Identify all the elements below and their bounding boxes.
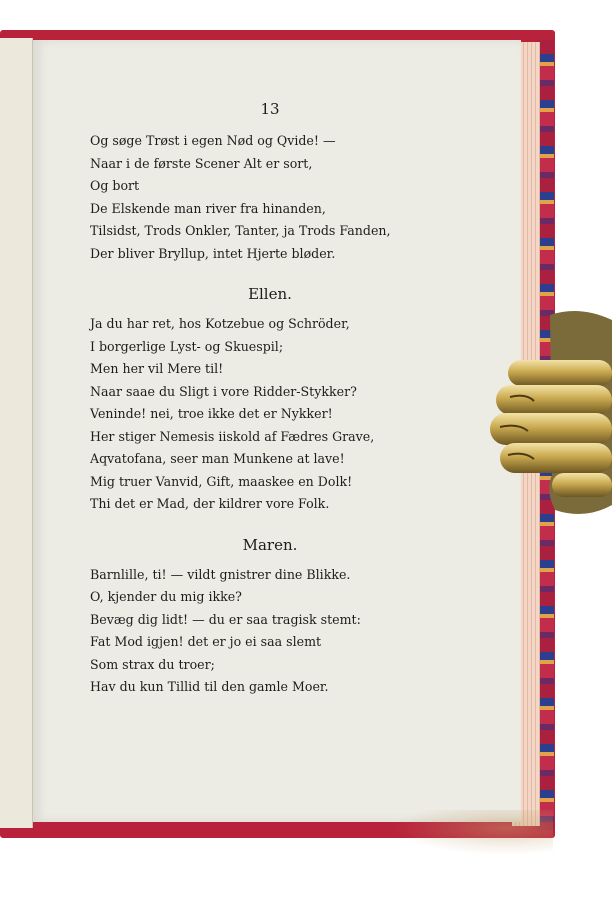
stanza-1: Og søge Trøst i egen Nød og Qvide! — Naa… xyxy=(90,130,450,265)
verse-line: I borgerlige Lyst- og Skuespil; xyxy=(90,336,450,359)
verse-line: Mig truer Vanvid, Gift, maaskee en Dolk! xyxy=(90,471,450,494)
verse-line: Her stiger Nemesis iiskold af Fædres Gra… xyxy=(90,426,450,449)
verse-line: Naar saae du Sligt i vore Ridder-Stykker… xyxy=(90,381,450,404)
speaker-heading: Maren. xyxy=(90,532,450,558)
verse-line: Og bort xyxy=(90,175,450,198)
water-stain xyxy=(393,810,553,855)
verse-line: Men her vil Mere til! xyxy=(90,358,450,381)
verse-line: Fat Mod igjen! det er jo ei saa slemt xyxy=(90,631,450,654)
verse-line: Barnlille, ti! — vildt gnistrer dine Bli… xyxy=(90,564,450,587)
verse-line: Hav du kun Tillid til den gamle Moer. xyxy=(90,676,450,699)
verse-line: Som strax du troer; xyxy=(90,654,450,677)
verse-line: Naar i de første Scener Alt er sort, xyxy=(90,153,450,176)
speaker-heading: Ellen. xyxy=(90,281,450,307)
verse-line: Veninde! nei, troe ikke det er Nykker! xyxy=(90,403,450,426)
verse-line: Bevæg dig lidt! — du er saa tragisk stem… xyxy=(90,609,450,632)
verse-line: O, kjender du mig ikke? xyxy=(90,586,450,609)
verse-line: Ja du har ret, hos Kotzebue og Schröder, xyxy=(90,313,450,336)
verse-line: De Elskende man river fra hinanden, xyxy=(90,198,450,221)
stanza-2: Ja du har ret, hos Kotzebue og Schröder,… xyxy=(90,313,450,516)
left-page xyxy=(0,38,33,828)
verse-line: Og søge Trøst i egen Nød og Qvide! — xyxy=(90,130,450,153)
verse-line: Aqvatofana, seer man Munkene at lave! xyxy=(90,448,450,471)
page-text: 13 Og søge Trøst i egen Nød og Qvide! — … xyxy=(90,100,450,699)
verse-line: Thi det er Mad, der kildrer vore Folk. xyxy=(90,493,450,516)
verse-line: Tilsidst, Trods Onkler, Tanter, ja Trods… xyxy=(90,220,450,243)
stanza-3: Barnlille, ti! — vildt gnistrer dine Bli… xyxy=(90,564,450,699)
page-number: 13 xyxy=(90,100,450,118)
brass-hand-clasp-icon xyxy=(490,305,612,520)
verse-line: Der bliver Bryllup, intet Hjerte bløder. xyxy=(90,243,450,266)
